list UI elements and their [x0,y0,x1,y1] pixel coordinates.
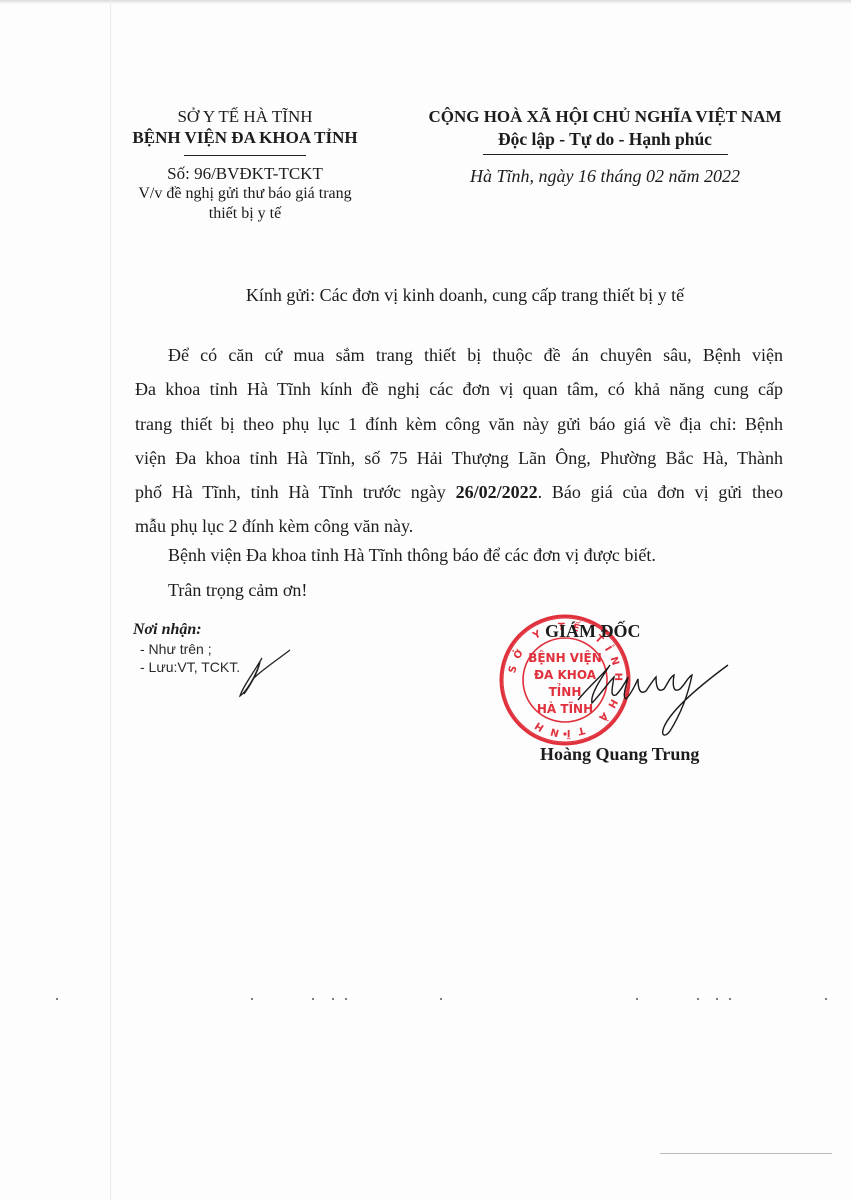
reference-number: Số: 96/BVĐKT-TCKT [100,164,390,184]
body-line: Đa khoa tỉnh Hà Tĩnh kính đề nghị các đơ… [135,372,783,406]
scan-dot [440,998,442,1000]
place-date: Hà Tĩnh, ngày 16 tháng 02 năm 2022 [400,165,810,187]
recipient-line: Kính gửi: Các đơn vị kinh doanh, cung cấ… [140,285,790,306]
divider [483,154,728,155]
scan-dot [729,998,731,1000]
organization-name: BỆNH VIỆN ĐA KHOA TỈNH [100,127,390,148]
subject-line-1: V/v đề nghị gửi thư báo giá trang [100,184,390,204]
body-line: viện Đa khoa tỉnh Hà Tĩnh, số 75 Hải Thư… [135,441,783,475]
parent-organization: SỞ Y TẾ HÀ TĨNH [100,106,390,127]
signer-name: Hoàng Quang Trung [540,744,699,765]
scan-dot [825,998,827,1000]
recipient-item: - Lưu:VT, TCKT. [140,659,240,676]
subject-line-2: thiết bị y tế [100,204,390,224]
scan-dot [312,998,314,1000]
national-title: CỘNG HOÀ XÃ HỘI CHỦ NGHĨA VIỆT NAM [400,106,810,128]
body-text: . Báo giá của đơn vị gửi theo [538,482,783,502]
national-motto: Độc lập - Tự do - Hạnh phúc [400,128,810,150]
closing-notice: Bệnh viện Đa khoa tỉnh Hà Tĩnh thông báo… [168,545,656,566]
body-line: trang thiết bị theo phụ lục 1 đính kèm c… [135,407,783,441]
body-line: phố Hà Tĩnh, tỉnh Hà Tĩnh trước ngày 26/… [135,475,783,509]
scan-dot [251,998,253,1000]
scan-edge [0,0,851,4]
body-line: mẫu phụ lục 2 đính kèm công văn này. [135,509,783,543]
scan-dot [697,998,699,1000]
closing-thanks: Trân trọng cảm ơn! [168,580,307,601]
handwritten-signature-icon [570,655,730,740]
national-heading-block: CỘNG HOÀ XÃ HỘI CHỦ NGHĨA VIỆT NAM Độc l… [400,106,810,187]
scan-line [660,1153,832,1154]
deadline-date: 26/02/2022 [456,482,538,502]
recipients-title: Nơi nhận: [133,621,202,639]
recipient-item: - Như trên ; [140,641,212,658]
scan-dot [332,998,334,1000]
body-text: phố Hà Tĩnh, tỉnh Hà Tĩnh trước ngày [135,482,456,502]
body-paragraph: Để có căn cứ mua sắm trang thiết bị thuộ… [135,338,783,544]
signer-title: GIÁM ĐỐC [545,621,641,642]
scan-dot [636,998,638,1000]
body-line: Để có căn cứ mua sắm trang thiết bị thuộ… [135,338,783,372]
divider [184,155,306,156]
scan-dot [56,998,58,1000]
issuing-authority-block: SỞ Y TẾ HÀ TĨNH BỆNH VIỆN ĐA KHOA TỈNH S… [100,106,390,224]
scan-dot [716,998,718,1000]
scan-dot [345,998,347,1000]
initials-signature-icon [232,648,292,700]
